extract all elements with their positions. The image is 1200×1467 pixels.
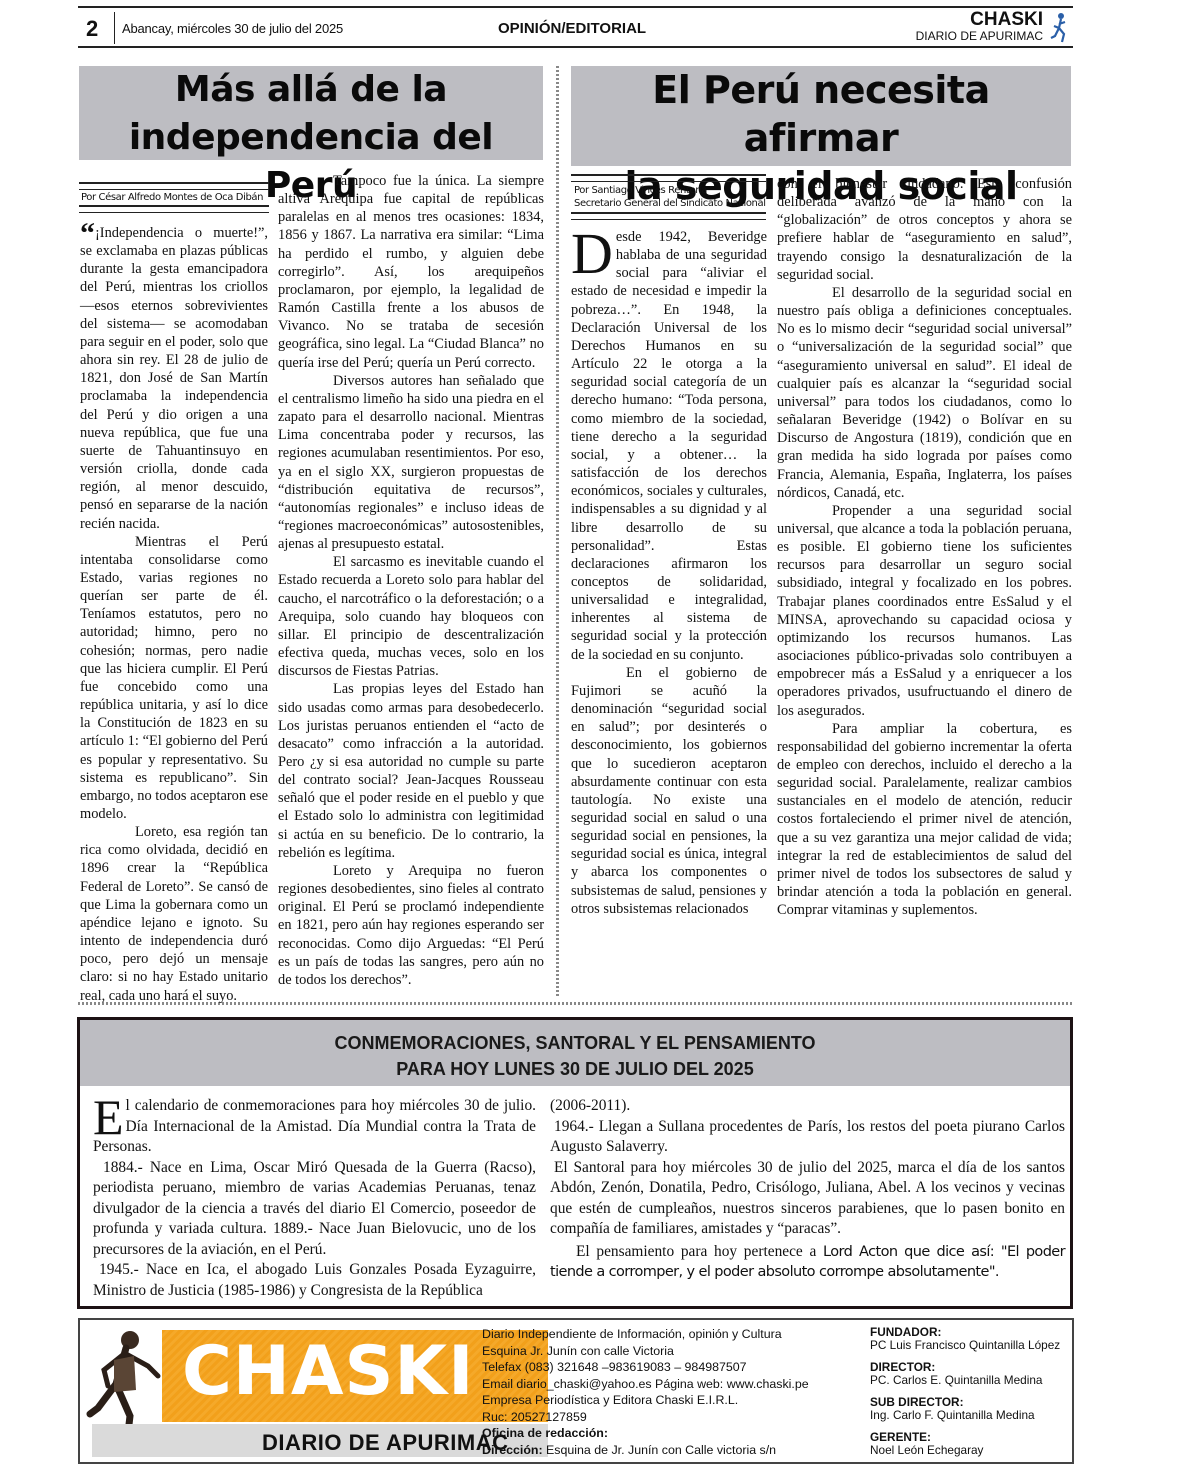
conmemoraciones-title-line2: PARA HOY LUNES 30 DE JULIO DEL 2025 xyxy=(80,1056,1070,1082)
article-left-column-1: “¡Independencia o muerte!”, se exclamaba… xyxy=(80,224,268,1005)
staff-entry: GERENTE: Noel León Echegaray xyxy=(870,1431,1060,1456)
article-right-column-2: con el bienestar ciudadano. Esta confusi… xyxy=(777,175,1072,919)
paragraph: Las propias leyes del Estado han sido us… xyxy=(278,680,544,862)
address-line: Dirección: Esquina de Jr. Junín con Call… xyxy=(482,1442,809,1459)
conmemoraciones-left-column: El calendario de conmemoraciones para ho… xyxy=(93,1096,536,1301)
staff-role: FUNDADOR: xyxy=(870,1326,1060,1339)
conmemoraciones-right-column: (2006-2011). 1964.- Llegan a Sullana pro… xyxy=(550,1096,1065,1283)
brand-subtitle: DIARIO DE APURIMAC xyxy=(916,29,1043,43)
thought-author: Lord Acton xyxy=(823,1244,897,1260)
paragraph: El calendario de conmemoraciones para ho… xyxy=(93,1096,536,1158)
article-right-column-1: Desde 1942, Beveridge hablaba de una seg… xyxy=(571,228,767,918)
headline-right-line1: El Perú necesita afirmar xyxy=(571,66,1071,162)
byline-right: Por Santiago Vinces Rentería Secretario … xyxy=(571,184,766,210)
paragraph: Diversos autores han señalado que el cen… xyxy=(278,372,544,554)
paragraph: con el bienestar ciudadano. Esta confusi… xyxy=(777,175,1072,284)
headline-left-line1: Más allá de la xyxy=(79,66,543,114)
brand-name: CHASKI xyxy=(916,10,1043,29)
paragraph: 1945.- Nace en Ica, el abogado Luis Gonz… xyxy=(93,1260,536,1301)
paragraph: Mientras el Perú intentaba consolidarse … xyxy=(80,533,268,824)
staff-list: FUNDADOR: PC Luis Francisco Quintanilla … xyxy=(870,1326,1060,1466)
chaski-runner-icon xyxy=(1049,12,1071,44)
info-line: Telefax (083) 321648 –983619083 – 984987… xyxy=(482,1359,809,1376)
staff-entry: SUB DIRECTOR: Ing. Carlo F. Quintanilla … xyxy=(870,1396,1060,1421)
staff-role: SUB DIRECTOR: xyxy=(870,1396,1060,1409)
paragraph: En el gobierno de Fujimori se acuñó la d… xyxy=(571,664,767,918)
paragraph: “¡Independencia o muerte!”, se exclamaba… xyxy=(80,224,268,533)
address-label: Dirección: xyxy=(482,1443,543,1457)
conmemoraciones-header: CONMEMORACIONES, SANTORAL Y EL PENSAMIEN… xyxy=(80,1020,1070,1086)
info-line: Esquina Jr. Junín con calle Victoria xyxy=(482,1343,809,1360)
staff-role: GERENTE: xyxy=(870,1431,1060,1444)
paragraph: El sarcasmo es inevitable cuando el Esta… xyxy=(278,553,544,680)
logo-subtitle: DIARIO DE APURIMAC xyxy=(262,1430,509,1456)
article-left-column-2: Tampoco fue la única. La siempre altiva … xyxy=(278,172,544,989)
byline-left: Por César Alfredo Montes de Oca Dibán xyxy=(79,192,269,203)
staff-entry: FUNDADOR: PC Luis Francisco Quintanilla … xyxy=(870,1326,1060,1351)
drop-cap: D xyxy=(571,232,613,276)
masthead: 2 Abancay, miércoles 30 de julio del 202… xyxy=(78,6,1073,48)
headline-right: El Perú necesita afirmar la seguridad so… xyxy=(571,66,1071,166)
staff-name: Noel León Echegaray xyxy=(870,1444,1060,1457)
info-line: Email diario_chaski@yahoo.es Página web:… xyxy=(482,1376,809,1393)
office-label: Oficina de redacción: xyxy=(482,1426,608,1440)
paragraph: Tampoco fue la única. La siempre altiva … xyxy=(278,172,544,372)
page-number: 2 xyxy=(86,16,98,42)
masthead-brand: CHASKI DIARIO DE APURIMAC xyxy=(916,10,1043,43)
paragraph: El Santoral para hoy miércoles 30 de jul… xyxy=(550,1158,1065,1240)
byline-right-author: Por Santiago Vinces Rentería xyxy=(574,184,766,197)
paragraph: El desarrollo de la seguridad social en … xyxy=(777,284,1072,502)
paragraph: Para ampliar la cobertura, es responsabi… xyxy=(777,720,1072,920)
staff-name: PC. Carlos E. Quintanilla Medina xyxy=(870,1374,1060,1387)
publisher-info: Diario Independiente de Información, opi… xyxy=(482,1326,809,1458)
masthead-divider xyxy=(114,12,115,44)
staff-name: Ing. Carlo F. Quintanilla Medina xyxy=(870,1409,1060,1422)
staff-name: PC Luis Francisco Quintanilla López xyxy=(870,1339,1060,1352)
drop-cap: E xyxy=(93,1098,124,1136)
issue-date: Abancay, miércoles 30 de julio del 2025 xyxy=(122,21,343,36)
byline-right-title: Secretario General del Sindicato Naciona… xyxy=(574,197,766,210)
paragraph: 1964.- Llegan a Sullana procedentes de P… xyxy=(550,1117,1065,1158)
footer-staff-box: CHASKI DIARIO DE APURIMAC Diario Indepen… xyxy=(78,1318,1074,1464)
info-line: Empresa Periodística y Editora Chaski E.… xyxy=(482,1392,809,1409)
logo-text: CHASKI xyxy=(182,1332,474,1411)
paragraph: Loreto y Arequipa no fueron regiones des… xyxy=(278,862,544,989)
conmemoraciones-title-line1: CONMEMORACIONES, SANTORAL Y EL PENSAMIEN… xyxy=(80,1030,1070,1056)
info-line: Diario Independiente de Información, opi… xyxy=(482,1326,809,1343)
section-title: OPINIÓN/EDITORIAL xyxy=(498,20,646,37)
paragraph: Propender a una seguridad social univers… xyxy=(777,502,1072,720)
thought-paragraph: El pensamiento para hoy pertenece a Lord… xyxy=(550,1242,1065,1283)
paragraph: (2006-2011). xyxy=(550,1096,1065,1117)
paragraph: Desde 1942, Beveridge hablaba de una seg… xyxy=(571,228,767,664)
headline-left: Más allá de la independencia del Perú xyxy=(79,66,543,160)
info-line: Ruc: 20527127859 xyxy=(482,1409,809,1426)
conmemoraciones-box: CONMEMORACIONES, SANTORAL Y EL PENSAMIEN… xyxy=(77,1017,1073,1309)
paragraph: 1884.- Nace en Lima, Oscar Miró Quesada … xyxy=(93,1158,536,1261)
staff-entry: DIRECTOR: PC. Carlos E. Quintanilla Medi… xyxy=(870,1361,1060,1386)
paragraph: Loreto, esa región tan rica como olvidad… xyxy=(80,823,268,1005)
column-divider xyxy=(556,66,559,996)
staff-role: DIRECTOR: xyxy=(870,1361,1060,1374)
thought-intro: El pensamiento para hoy pertenece a xyxy=(576,1243,816,1260)
address-value: Esquina de Jr. Junín con Calle victoria … xyxy=(543,1443,776,1457)
